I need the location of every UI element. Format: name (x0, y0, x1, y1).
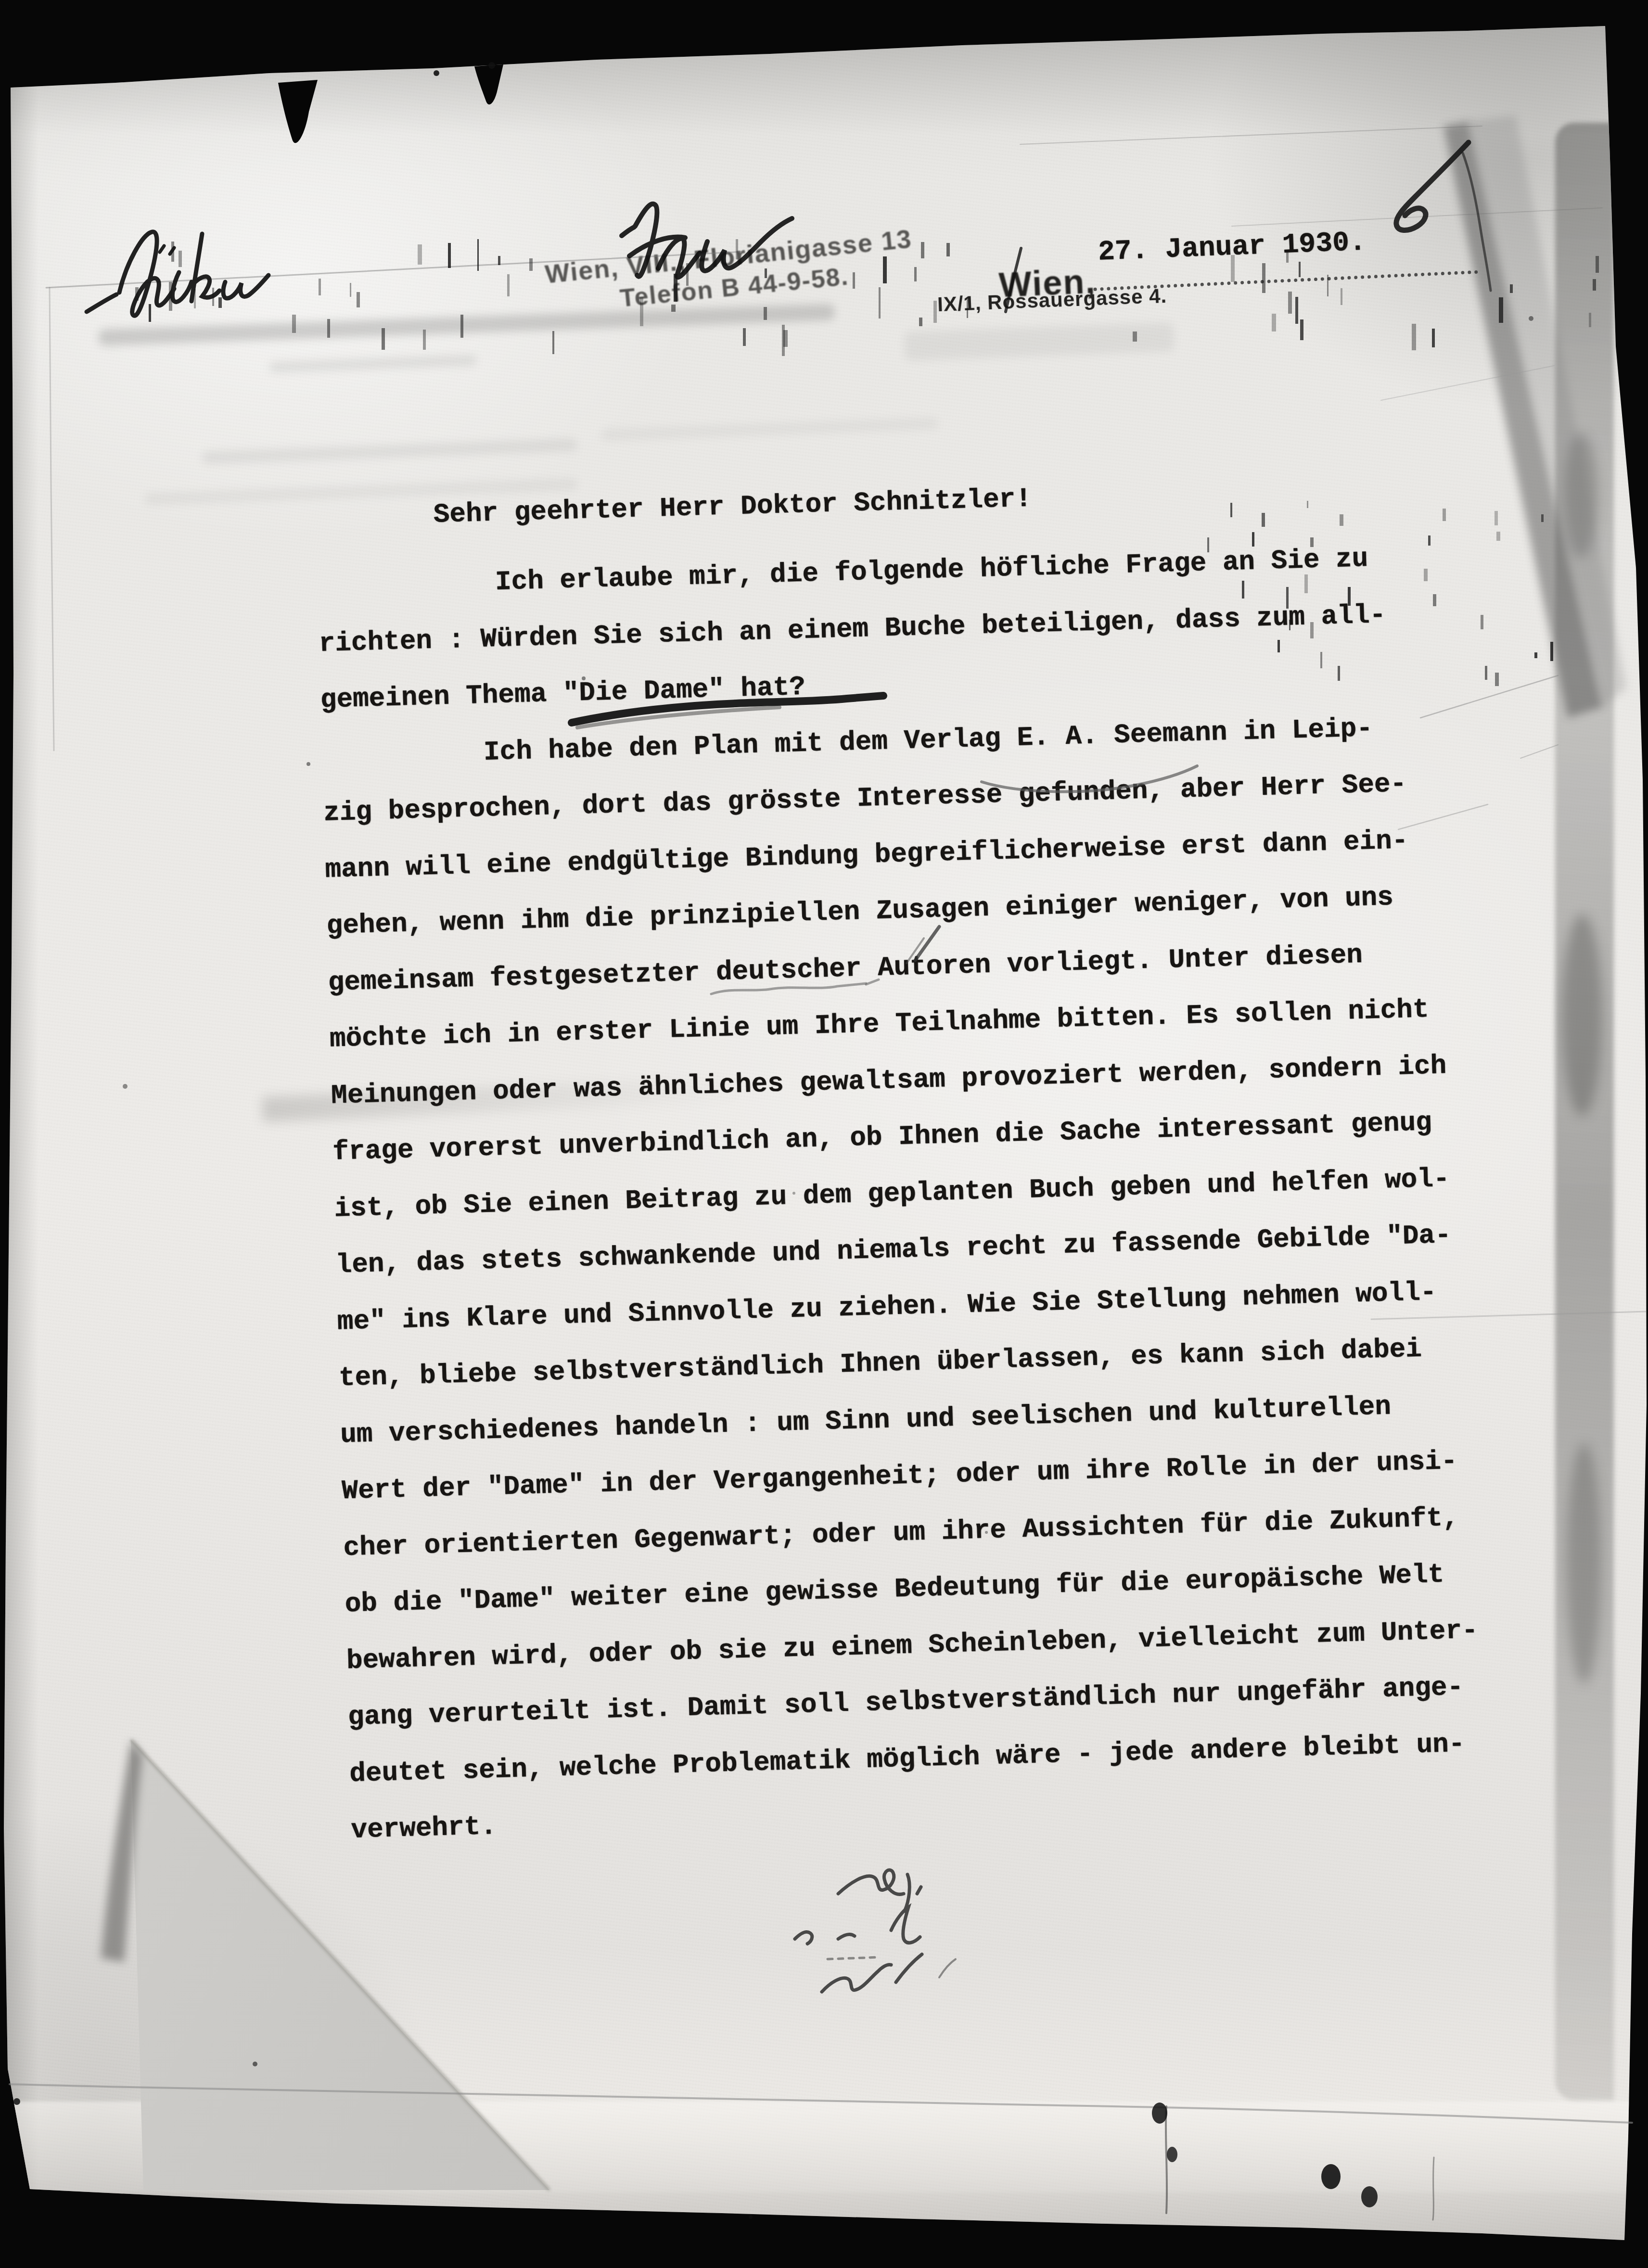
edge-blotch (1564, 433, 1597, 558)
letter-body: Ich erlaube mir, die folgende höfliche F… (317, 528, 1483, 1859)
edge-shadow-left (0, 0, 38, 2268)
paper-sheet: Wien, VIII., Florianigasse 13 Telefon B … (0, 0, 1648, 2268)
bleedthrough-blotch (904, 322, 1175, 361)
edge-blotch (1562, 914, 1602, 1116)
scanned-letter: Wien, VIII., Florianigasse 13 Telefon B … (0, 0, 1648, 2268)
letterhead-stamp: Wien, VIII., Florianigasse 13 Telefon B … (544, 224, 916, 320)
bleedthrough-line (202, 438, 577, 464)
address-stamp: IX/1, Rossauergasse 4. (937, 284, 1167, 316)
bleedthrough-line (269, 355, 477, 373)
edge-blotch (1567, 1443, 1601, 1684)
bleedthrough-line (601, 418, 938, 441)
typed-date: 27. Januar 1930. (1098, 227, 1367, 268)
edge-shadow-top (0, 0, 1648, 135)
bleedthrough-line (99, 304, 835, 345)
